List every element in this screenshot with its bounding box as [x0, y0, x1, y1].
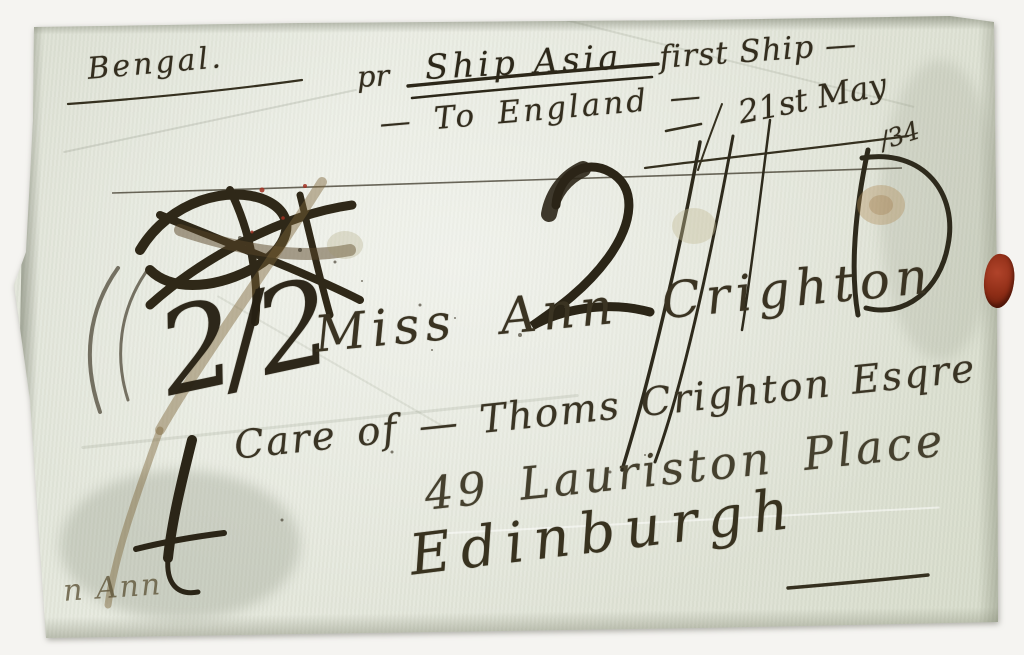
paper-wrap: Bengal. pr Ship Asia first Ship — — To E…	[0, 0, 1024, 655]
folded-letter-paper: Bengal. pr Ship Asia first Ship — — To E…	[0, 0, 1024, 655]
edinburgh-dash	[788, 575, 928, 588]
route-prefix: pr	[356, 58, 390, 94]
paren-strokes	[90, 268, 146, 412]
letter-scan: Bengal. pr Ship Asia first Ship — — To E…	[0, 0, 1024, 655]
docket-note: n Ann	[62, 567, 163, 609]
rate-marking-large-2-transcription: 2	[0, 0, 1, 1]
